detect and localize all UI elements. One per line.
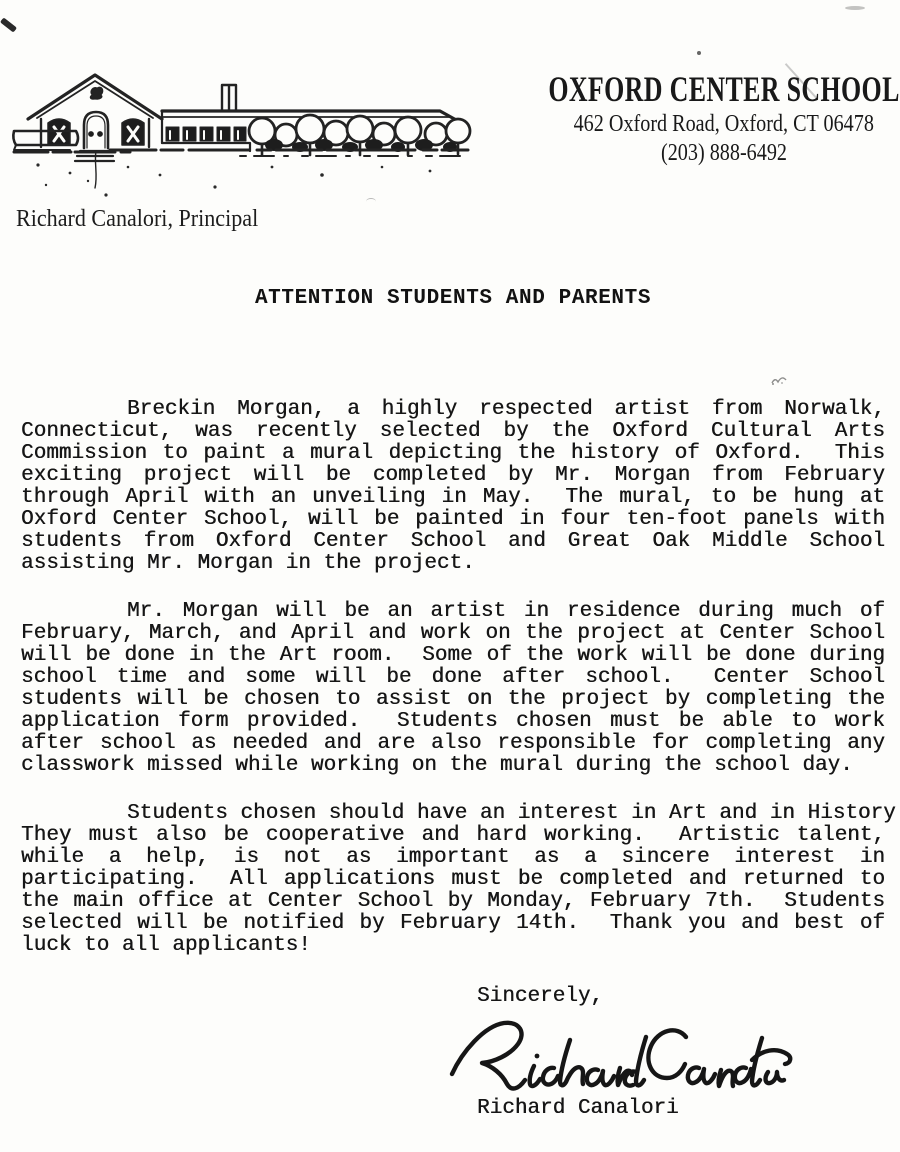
letterhead-block: OXFORD CENTER SCHOOL 462 Oxford Road, Ox…: [548, 70, 900, 168]
letter-page: OXFORD CENTER SCHOOL 462 Oxford Road, Ox…: [0, 0, 900, 1152]
text-line: after school as needed and are also resp…: [21, 733, 885, 755]
principal-line: Richard Canalori, Principal: [16, 206, 258, 233]
text-line: students will be chosen to assist on the…: [21, 689, 885, 711]
school-phone: (203) 888-6492: [661, 139, 787, 168]
letter-title: ATTENTION STUDENTS AND PARENTS: [21, 287, 885, 310]
paragraph: Mr. Morgan will be an artist in residenc…: [21, 601, 885, 777]
text-line: through April with an unveiling in May. …: [21, 487, 885, 509]
text-line: participating. All applications must be …: [21, 869, 885, 891]
text-line: Mr. Morgan will be an artist in residenc…: [21, 601, 885, 623]
paragraph: Students chosen should have an interest …: [21, 803, 885, 957]
scan-smudge: [845, 6, 865, 10]
scan-speck: [697, 51, 701, 55]
text-line: February, March, and April and work on t…: [21, 623, 885, 645]
text-line: Oxford Center School, will be painted in…: [21, 509, 885, 531]
text-line: students from Oxford Center School and G…: [21, 531, 885, 553]
school-name: OXFORD CENTER SCHOOL: [548, 70, 899, 110]
text-line: They must also be cooperative and hard w…: [21, 825, 885, 847]
text-line: classwork missed while working on the mu…: [21, 755, 885, 777]
text-line: exciting project will be completed by Mr…: [21, 465, 885, 487]
school-address: 462 Oxford Road, Oxford, CT 06478: [574, 110, 874, 139]
scan-pen-squiggle: [770, 372, 792, 386]
paragraph: Breckin Morgan, a highly respected artis…: [21, 399, 885, 575]
text-line: assisting Mr. Morgan in the project.: [21, 553, 885, 575]
body-paragraphs: Breckin Morgan, a highly respected artis…: [21, 399, 885, 983]
school-building-illustration: [10, 55, 475, 205]
text-line: school time and some will be done after …: [21, 667, 885, 689]
text-line: luck to all applicants!: [21, 935, 885, 957]
text-line: Connecticut, was recently selected by th…: [21, 421, 885, 443]
text-line: the main office at Center School by Mond…: [21, 891, 885, 913]
salutation: Sincerely,: [477, 986, 603, 1008]
text-line: Students chosen should have an interest …: [21, 803, 885, 825]
scan-corner-mark: [0, 17, 17, 32]
signature-script: [446, 1010, 796, 1108]
text-line: Breckin Morgan, a highly respected artis…: [21, 399, 885, 421]
typed-signature-name: Richard Canalori: [477, 1098, 679, 1120]
text-line: application form provided. Students chos…: [21, 711, 885, 733]
text-line: will be done in the Art room. Some of th…: [21, 645, 885, 667]
text-line: Commission to paint a mural depicting th…: [21, 443, 885, 465]
text-line: while a help, is not as important as a s…: [21, 847, 885, 869]
text-line: selected will be notified by February 14…: [21, 913, 885, 935]
